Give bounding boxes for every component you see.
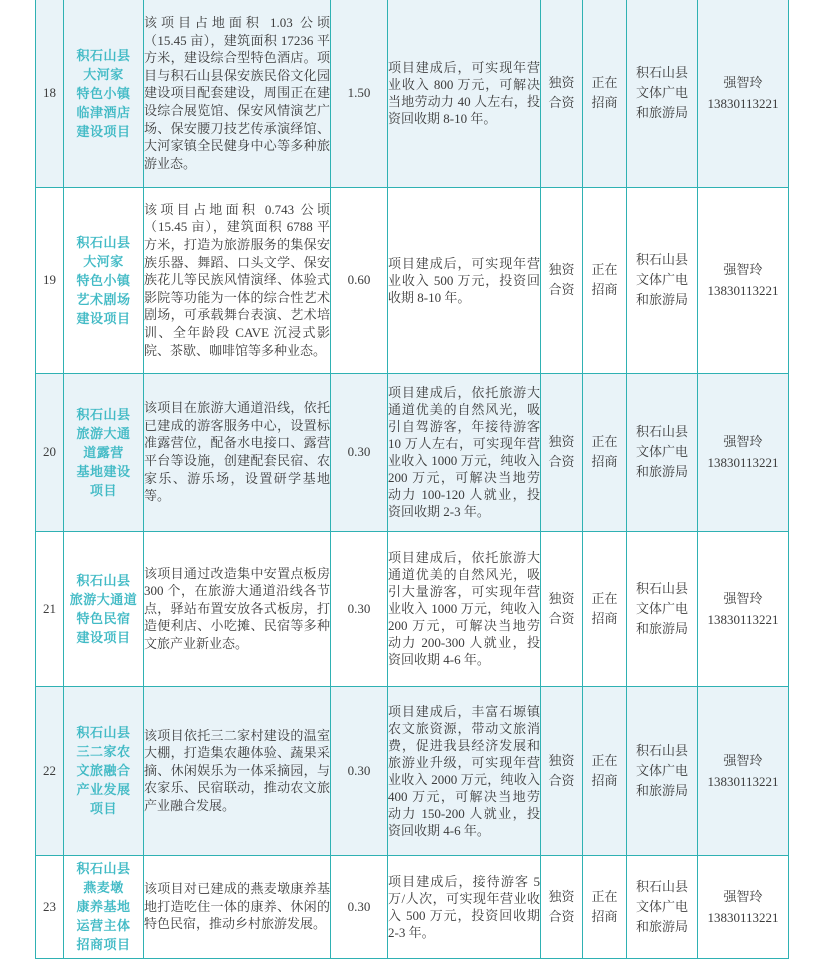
project-number-cell: 22 [36, 686, 64, 855]
benefit-analysis-cell: 项目建成后，接待游客 5 万/人次，可实现年营业收入 500 万元，投资回收期 … [388, 855, 541, 958]
contact-cell: 强智玲 13830113221 [698, 0, 789, 187]
project-name-cell: 积石山县 大河家 特色小镇 临津酒店 建设项目 [64, 0, 144, 187]
investment-amount-cell: 1.50 [331, 0, 388, 187]
project-name-cell: 积石山县 大河家 特色小镇 艺术剧场 建设项目 [64, 187, 144, 373]
project-description-cell: 该项目通过改造集中安置点板房 300 个，在旅游大通道沿线各节点，驿站布置安放各… [144, 531, 331, 686]
investment-amount-cell: 0.30 [331, 531, 388, 686]
cooperation-mode-cell: 独资 合资 [541, 373, 583, 531]
cooperation-mode: 独资 合资 [541, 589, 582, 629]
progress-status: 正在 招商 [583, 751, 626, 791]
benefit-analysis-cell: 项目建成后，可实现年营业收入 500 万元，投资回收期 8-10 年。 [388, 187, 541, 373]
cooperation-mode-cell: 独资 合资 [541, 855, 583, 958]
cooperation-mode-cell: 独资 合资 [541, 0, 583, 187]
progress-status: 正在 招商 [583, 260, 626, 300]
investment-amount: 0.30 [348, 899, 371, 914]
investment-projects-table: 18 积石山县 大河家 特色小镇 临津酒店 建设项目 该项目占地面积 1.03 … [35, 0, 789, 959]
contact-info: 强智玲 13830113221 [698, 259, 788, 301]
cooperation-mode: 独资 合资 [541, 432, 582, 472]
benefit-analysis-cell: 项目建成后，依托旅游大通道优美的自然风光，吸引自驾游客，年接待游客 10 万人左… [388, 373, 541, 531]
progress-status-cell: 正在 招商 [583, 855, 627, 958]
investment-amount-cell: 0.60 [331, 187, 388, 373]
table-row: 23 积石山县 燕麦墩 康养基地 运营主体 招商项目 该项目对已建成的燕麦墩康养… [36, 855, 789, 958]
benefit-analysis: 项目建成后，可实现年营业收入 500 万元，投资回收期 8-10 年。 [388, 255, 540, 306]
project-description-cell: 该项目依托三二家村建设的温室大棚，打造集农趣体验、蔬果采摘、休闲娱乐为一体采摘园… [144, 686, 331, 855]
progress-status: 正在 招商 [583, 887, 626, 927]
investment-amount: 0.30 [348, 763, 371, 778]
benefit-analysis: 项目建成后，依托旅游大通道优美的自然风光，吸引大量游客，可实现年营业收入 100… [388, 549, 540, 668]
project-number-cell: 23 [36, 855, 64, 958]
progress-status-cell: 正在 招商 [583, 373, 627, 531]
progress-status-cell: 正在 招商 [583, 187, 627, 373]
contact-cell: 强智玲 13830113221 [698, 686, 789, 855]
cooperation-mode-cell: 独资 合资 [541, 686, 583, 855]
cooperation-mode-cell: 独资 合资 [541, 187, 583, 373]
investment-amount-cell: 0.30 [331, 373, 388, 531]
project-name: 积石山县 三二家农 文旅融合 产业发展 项目 [64, 723, 143, 818]
cooperation-mode: 独资 合资 [541, 260, 582, 300]
responsible-unit: 积石山县 文体广电 和旅游局 [627, 877, 697, 937]
progress-status: 正在 招商 [583, 73, 626, 113]
project-description: 该项目在旅游大通道沿线，依托已建成的游客服务中心，设置标准露营位，配备水电接口、… [144, 399, 330, 505]
investment-amount: 1.50 [348, 85, 371, 100]
table-row: 21 积石山县 旅游大通道 特色民宿 建设项目 该项目通过改造集中安置点板房 3… [36, 531, 789, 686]
project-description-cell: 该项目占地面积 1.03 公顷（15.45 亩），建筑面积 17236 平方米，… [144, 0, 331, 187]
progress-status-cell: 正在 招商 [583, 0, 627, 187]
contact-cell: 强智玲 13830113221 [698, 373, 789, 531]
project-number: 23 [43, 899, 56, 914]
project-name-cell: 积石山县 三二家农 文旅融合 产业发展 项目 [64, 686, 144, 855]
project-name-cell: 积石山县 燕麦墩 康养基地 运营主体 招商项目 [64, 855, 144, 958]
cooperation-mode: 独资 合资 [541, 73, 582, 113]
responsible-unit-cell: 积石山县 文体广电 和旅游局 [627, 855, 698, 958]
investment-amount-cell: 0.30 [331, 855, 388, 958]
benefit-analysis-cell: 项目建成后，丰富石塬镇农文旅资源，带动文旅消费，促进我县经济发展和旅游业升级，可… [388, 686, 541, 855]
contact-info: 强智玲 13830113221 [698, 431, 788, 473]
benefit-analysis: 项目建成后，接待游客 5 万/人次，可实现年营业收入 500 万元，投资回收期 … [388, 873, 540, 941]
benefit-analysis: 项目建成后，依托旅游大通道优美的自然风光，吸引自驾游客，年接待游客 10 万人左… [388, 384, 540, 520]
benefit-analysis-cell: 项目建成后，依托旅游大通道优美的自然风光，吸引大量游客，可实现年营业收入 100… [388, 531, 541, 686]
project-description: 该项目依托三二家村建设的温室大棚，打造集农趣体验、蔬果采摘、休闲娱乐为一体采摘园… [144, 727, 330, 815]
table-row: 20 积石山县 旅游大通 道露营 基地建设 项目 该项目在旅游大通道沿线，依托已… [36, 373, 789, 531]
responsible-unit-cell: 积石山县 文体广电 和旅游局 [627, 686, 698, 855]
project-description-cell: 该项目占地面积 0.743 公顷（15.45 亩），建筑面积 6788 平方米，… [144, 187, 331, 373]
contact-info: 强智玲 13830113221 [698, 750, 788, 792]
investment-amount: 0.30 [348, 444, 371, 459]
benefit-analysis-cell: 项目建成后，可实现年营业收入 800 万元，可解决当地劳动力 40 人左右，投资… [388, 0, 541, 187]
contact-cell: 强智玲 13830113221 [698, 855, 789, 958]
progress-status-cell: 正在 招商 [583, 531, 627, 686]
project-name-cell: 积石山县 旅游大通道 特色民宿 建设项目 [64, 531, 144, 686]
project-number: 22 [43, 763, 56, 778]
responsible-unit-cell: 积石山县 文体广电 和旅游局 [627, 373, 698, 531]
document-page: 18 积石山县 大河家 特色小镇 临津酒店 建设项目 该项目占地面积 1.03 … [35, 0, 788, 959]
responsible-unit: 积石山县 文体广电 和旅游局 [627, 63, 697, 123]
project-name: 积石山县 大河家 特色小镇 艺术剧场 建设项目 [64, 233, 143, 328]
contact-info: 强智玲 13830113221 [698, 588, 788, 630]
project-description: 该项目对已建成的燕麦墩康养基地打造吃住一体的康养、休闲的特色民宿，推动乡村旅游发… [144, 880, 330, 933]
contact-cell: 强智玲 13830113221 [698, 187, 789, 373]
project-description-cell: 该项目对已建成的燕麦墩康养基地打造吃住一体的康养、休闲的特色民宿，推动乡村旅游发… [144, 855, 331, 958]
project-number-cell: 19 [36, 187, 64, 373]
responsible-unit: 积石山县 文体广电 和旅游局 [627, 422, 697, 482]
project-number-cell: 21 [36, 531, 64, 686]
project-number-cell: 18 [36, 0, 64, 187]
responsible-unit: 积石山县 文体广电 和旅游局 [627, 741, 697, 801]
project-number: 19 [43, 272, 56, 287]
project-description: 该项目占地面积 0.743 公顷（15.45 亩），建筑面积 6788 平方米，… [144, 201, 330, 359]
responsible-unit-cell: 积石山县 文体广电 和旅游局 [627, 187, 698, 373]
project-number-cell: 20 [36, 373, 64, 531]
project-description-cell: 该项目在旅游大通道沿线，依托已建成的游客服务中心，设置标准露营位，配备水电接口、… [144, 373, 331, 531]
contact-cell: 强智玲 13830113221 [698, 531, 789, 686]
project-number: 20 [43, 444, 56, 459]
project-number: 21 [43, 601, 56, 616]
contact-info: 强智玲 13830113221 [698, 72, 788, 114]
project-description: 该项目通过改造集中安置点板房 300 个，在旅游大通道沿线各节点，驿站布置安放各… [144, 565, 330, 653]
table-row: 22 积石山县 三二家农 文旅融合 产业发展 项目 该项目依托三二家村建设的温室… [36, 686, 789, 855]
investment-amount: 0.60 [348, 272, 371, 287]
project-name: 积石山县 旅游大通 道露营 基地建设 项目 [64, 405, 143, 500]
responsible-unit: 积石山县 文体广电 和旅游局 [627, 579, 697, 639]
responsible-unit-cell: 积石山县 文体广电 和旅游局 [627, 0, 698, 187]
project-name: 积石山县 燕麦墩 康养基地 运营主体 招商项目 [64, 859, 143, 954]
project-name-cell: 积石山县 旅游大通 道露营 基地建设 项目 [64, 373, 144, 531]
cooperation-mode: 独资 合资 [541, 751, 582, 791]
investment-amount-cell: 0.30 [331, 686, 388, 855]
table-row: 18 积石山县 大河家 特色小镇 临津酒店 建设项目 该项目占地面积 1.03 … [36, 0, 789, 187]
cooperation-mode-cell: 独资 合资 [541, 531, 583, 686]
progress-status-cell: 正在 招商 [583, 686, 627, 855]
project-name: 积石山县 大河家 特色小镇 临津酒店 建设项目 [64, 46, 143, 141]
project-name: 积石山县 旅游大通道 特色民宿 建设项目 [64, 571, 143, 647]
benefit-analysis: 项目建成后，可实现年营业收入 800 万元，可解决当地劳动力 40 人左右，投资… [388, 59, 540, 127]
project-description: 该项目占地面积 1.03 公顷（15.45 亩），建筑面积 17236 平方米，… [144, 14, 330, 172]
progress-status: 正在 招商 [583, 589, 626, 629]
project-number: 18 [43, 85, 56, 100]
contact-info: 强智玲 13830113221 [698, 886, 788, 928]
responsible-unit-cell: 积石山县 文体广电 和旅游局 [627, 531, 698, 686]
benefit-analysis: 项目建成后，丰富石塬镇农文旅资源，带动文旅消费，促进我县经济发展和旅游业升级，可… [388, 703, 540, 839]
responsible-unit: 积石山县 文体广电 和旅游局 [627, 250, 697, 310]
progress-status: 正在 招商 [583, 432, 626, 472]
table-row: 19 积石山县 大河家 特色小镇 艺术剧场 建设项目 该项目占地面积 0.743… [36, 187, 789, 373]
investment-amount: 0.30 [348, 601, 371, 616]
cooperation-mode: 独资 合资 [541, 887, 582, 927]
